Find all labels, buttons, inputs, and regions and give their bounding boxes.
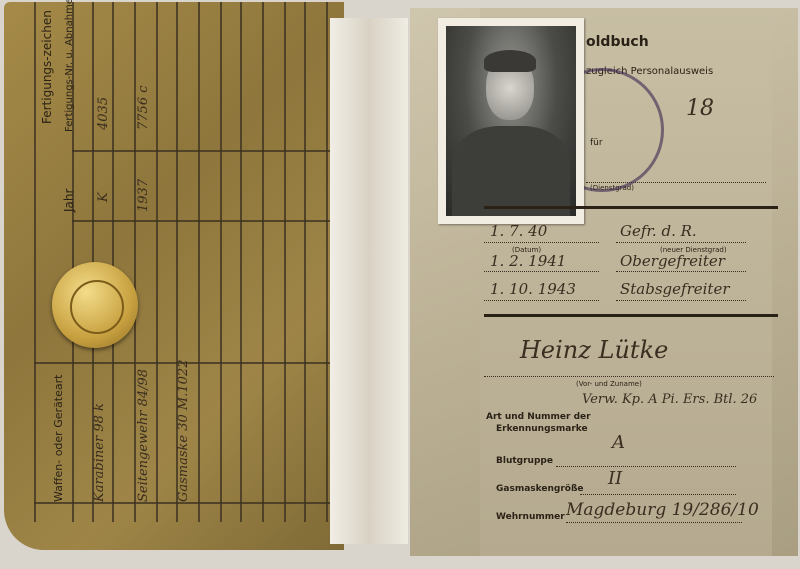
document-title: oldbuch (586, 34, 649, 50)
promotion-rank-1: Gefr. d. R. (620, 222, 697, 240)
soldier-photo (438, 18, 584, 224)
name-label: (Vor- und Zuname) (576, 380, 642, 388)
header-marking: Fertigungs-zeichen (40, 10, 54, 124)
year-1: K (96, 192, 111, 202)
left-page: Fertigungs-zeichen Jahr Fertigungs-Nr. u… (4, 2, 344, 550)
coin (52, 262, 138, 348)
weapon-1: Karabiner 98 k (92, 403, 107, 502)
promotion-date-2: 1. 2. 1941 (490, 252, 566, 270)
unit-handwritten: Verw. Kp. A Pi. Ers. Btl. 26 (582, 392, 757, 407)
soldier-name: Heinz Lütke (520, 336, 668, 364)
promotion-rank-2: Obergefreiter (620, 252, 725, 270)
soldbuch-number: 18 (686, 96, 714, 121)
wehrnummer-value: Magdeburg 19/286/10 (566, 500, 759, 520)
weapon-2: Seitengewehr 84/98 (136, 369, 151, 502)
erkennungsmarke-label-1: Art und Nummer der (486, 412, 591, 422)
blutgruppe-value: II (608, 468, 622, 489)
header-serial: Fertigungs-Nr. u. Abnahmezeichen (64, 0, 75, 132)
weapon-3: Gasmaske 30 M.1022 (176, 360, 191, 502)
wehrnummer-label: Wehrnummer (496, 512, 565, 522)
year-2: 1937 (136, 179, 151, 212)
serial-1: 4035 (96, 97, 111, 130)
book-spine (330, 18, 408, 544)
gasmaske-label: Gasmaskengröße (496, 484, 584, 494)
serial-2: 7756 c (136, 86, 151, 131)
promotion-rank-3: Stabsgefreiter (620, 280, 730, 298)
header-year: Jahr (62, 189, 76, 212)
promotion-date-3: 1. 10. 1943 (490, 280, 576, 298)
erkennungsmarke-label-2: Erkennungsmarke (496, 424, 588, 434)
header-weapon-type: Waffen- oder Geräteart (52, 375, 65, 502)
brandenburg-gate-icon (70, 280, 124, 334)
erkennungsmarke-value: A (612, 432, 625, 453)
promotion-date-1: 1. 7. 40 (490, 222, 547, 240)
blutgruppe-label: Blutgruppe (496, 456, 553, 466)
